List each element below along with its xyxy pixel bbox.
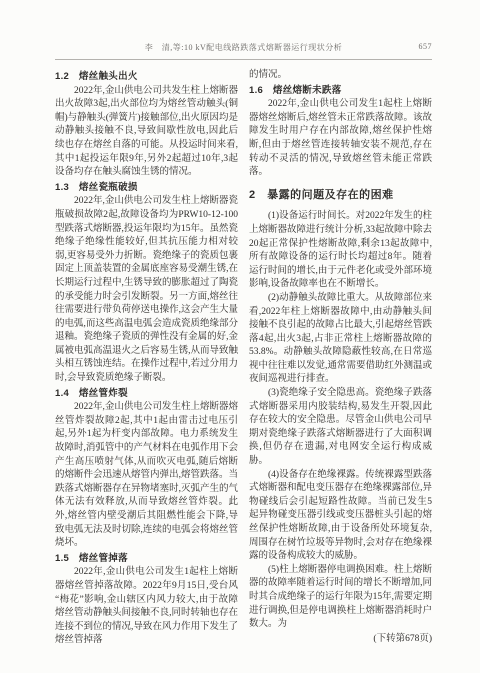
- paragraph: 2022年,金山供电公司发生柱上熔断器瓷瓶破损故障2起,故障设备均为PRW10-…: [55, 195, 238, 385]
- paragraph: (5)柱上熔断器停电调换困难。柱上熔断器的故障率随着运行时间的增长不断增加,同时…: [249, 564, 432, 632]
- paragraph: 2022年,金山供电公司发生1起柱上熔断器熔丝管掉落故障。2022年9月15日,…: [55, 566, 238, 648]
- running-title: 李 清,等:10 kV配电线路跌落式熔断器运行现状分析: [55, 42, 432, 53]
- paragraph: (4)设备存在绝缘裸露。传统裸露型跌落式熔断器和配电变压器存在绝缘裸露部位,异物…: [249, 469, 432, 564]
- subheading: 1.3 熔丝瓷瓶破损: [55, 181, 238, 195]
- page-number: 657: [419, 42, 433, 51]
- paragraph: (1)设备运行时间长。对2022年发生的柱上熔断器故障进行统计分析,33起故障中…: [249, 210, 432, 292]
- subheading: 1.5 熔丝管掉落: [55, 552, 238, 566]
- subheading: 1.4 熔丝管炸裂: [55, 387, 238, 401]
- paragraph-continuation: 的情况。: [249, 69, 432, 83]
- section-heading: 2 暴露的问题及存在的困难: [249, 189, 432, 203]
- journal-page: 李 清,等:10 kV配电线路跌落式熔断器运行现状分析 657 1.2 熔丝触头…: [0, 0, 480, 673]
- body-columns: 1.2 熔丝触头出火2022年,金山供电公司共发生柱上熔断器出火故障3起,出火部…: [55, 69, 432, 648]
- paragraph: (2)动静触头故障比重大。从故障部位来看,2022年柱上熔断器故障中,由动静触头…: [249, 292, 432, 387]
- right-column: 的情况。1.6 熔丝熔断未跌落2022年,金山供电公司发生1起柱上熔断器熔丝熔断…: [249, 69, 432, 648]
- running-head: 李 清,等:10 kV配电线路跌落式熔断器运行现状分析 657: [55, 42, 432, 56]
- paragraph: 2022年,金山供电公司共发生柱上熔断器出火故障3起,出火部位均为熔丝管动触头(…: [55, 85, 238, 180]
- left-column: 1.2 熔丝触头出火2022年,金山供电公司共发生柱上熔断器出火故障3起,出火部…: [55, 69, 238, 648]
- paragraph: 2022年,金山供电公司发生1起柱上熔断器熔丝熔断后,熔丝管未正常跌落故障。该故…: [249, 98, 432, 180]
- paragraph: 2022年,金山供电公司发生柱上熔断器熔丝管炸裂故障2起,其中1起由雷击过电压引…: [55, 401, 238, 551]
- continuation-note: (下转第678页): [249, 633, 432, 647]
- header-rule: [55, 59, 432, 60]
- subheading: 1.6 熔丝熔断未跌落: [249, 84, 432, 98]
- paragraph: (3)瓷绝缘子安全隐患高。瓷绝缘子跌落式熔断器采用内胶装结构,易发生开裂,因此存…: [249, 387, 432, 469]
- subheading: 1.2 熔丝触头出火: [55, 70, 238, 84]
